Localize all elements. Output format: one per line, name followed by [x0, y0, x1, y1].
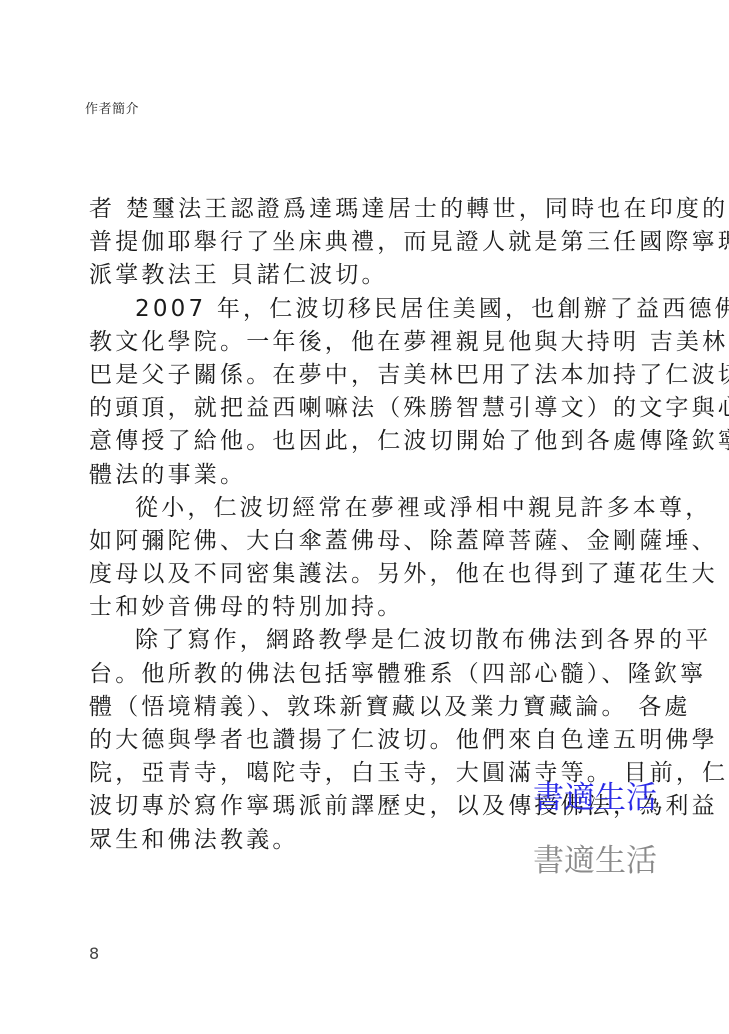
text-line: 體法的事業。: [89, 459, 669, 492]
watermark-gray: 書適生活: [533, 835, 657, 880]
text-line: 普提伽耶舉行了坐床典禮，而見證人就是第三任國際寧瑪: [89, 226, 669, 259]
paragraph-start-line: 除了寫作，網路教學是仁波切散布佛法到各界的平: [89, 624, 669, 657]
text-line: 者 楚璽法王認證爲達瑪達居士的轉世，同時也在印度的: [89, 193, 669, 226]
text-line: 派掌教法王 貝諾仁波切。: [89, 259, 669, 292]
text-line: 度母以及不同密集護法。另外，他在也得到了蓮花生大: [89, 558, 669, 591]
text-line: 意傳授了給他。也因此，仁波切開始了他到各處傳隆欽寧: [89, 425, 669, 458]
text-line: 的頭頂，就把益西喇嘛法（殊勝智慧引導文）的文字與心: [89, 392, 669, 425]
section-header: 作者簡介: [85, 98, 139, 117]
page-number: 8: [89, 944, 99, 963]
text-line: 如阿彌陀佛、大白傘蓋佛母、除蓋障菩薩、金剛薩埵、: [89, 525, 669, 558]
text-line: 教文化學院。一年後，他在夢裡親見他與大持明 吉美林: [89, 326, 669, 359]
text-line: 士和妙音佛母的特別加持。: [89, 591, 669, 624]
paragraph-start-line: 2007 年，仁波切移民居住美國，也創辦了益西德佛: [89, 293, 669, 326]
text-line: 巴是父子關係。在夢中，吉美林巴用了法本加持了仁波切: [89, 359, 669, 392]
text-line: 體（悟境精義）、敦珠新寶藏以及業力寶藏論。 各處: [89, 691, 669, 724]
paragraph-start-line: 從小，仁波切經常在夢裡或淨相中親見許多本尊，: [89, 492, 669, 525]
text-line: 的大德與學者也讚揚了仁波切。他們來自色達五明佛學: [89, 724, 669, 757]
text-line: 台。他所教的佛法包括寧體雅系（四部心髓）、隆欽寧: [89, 658, 669, 691]
body-text: 者 楚璽法王認證爲達瑪達居士的轉世，同時也在印度的 普提伽耶舉行了坐床典禮，而見…: [89, 193, 669, 857]
watermark-blue: 書適生活: [533, 772, 657, 817]
